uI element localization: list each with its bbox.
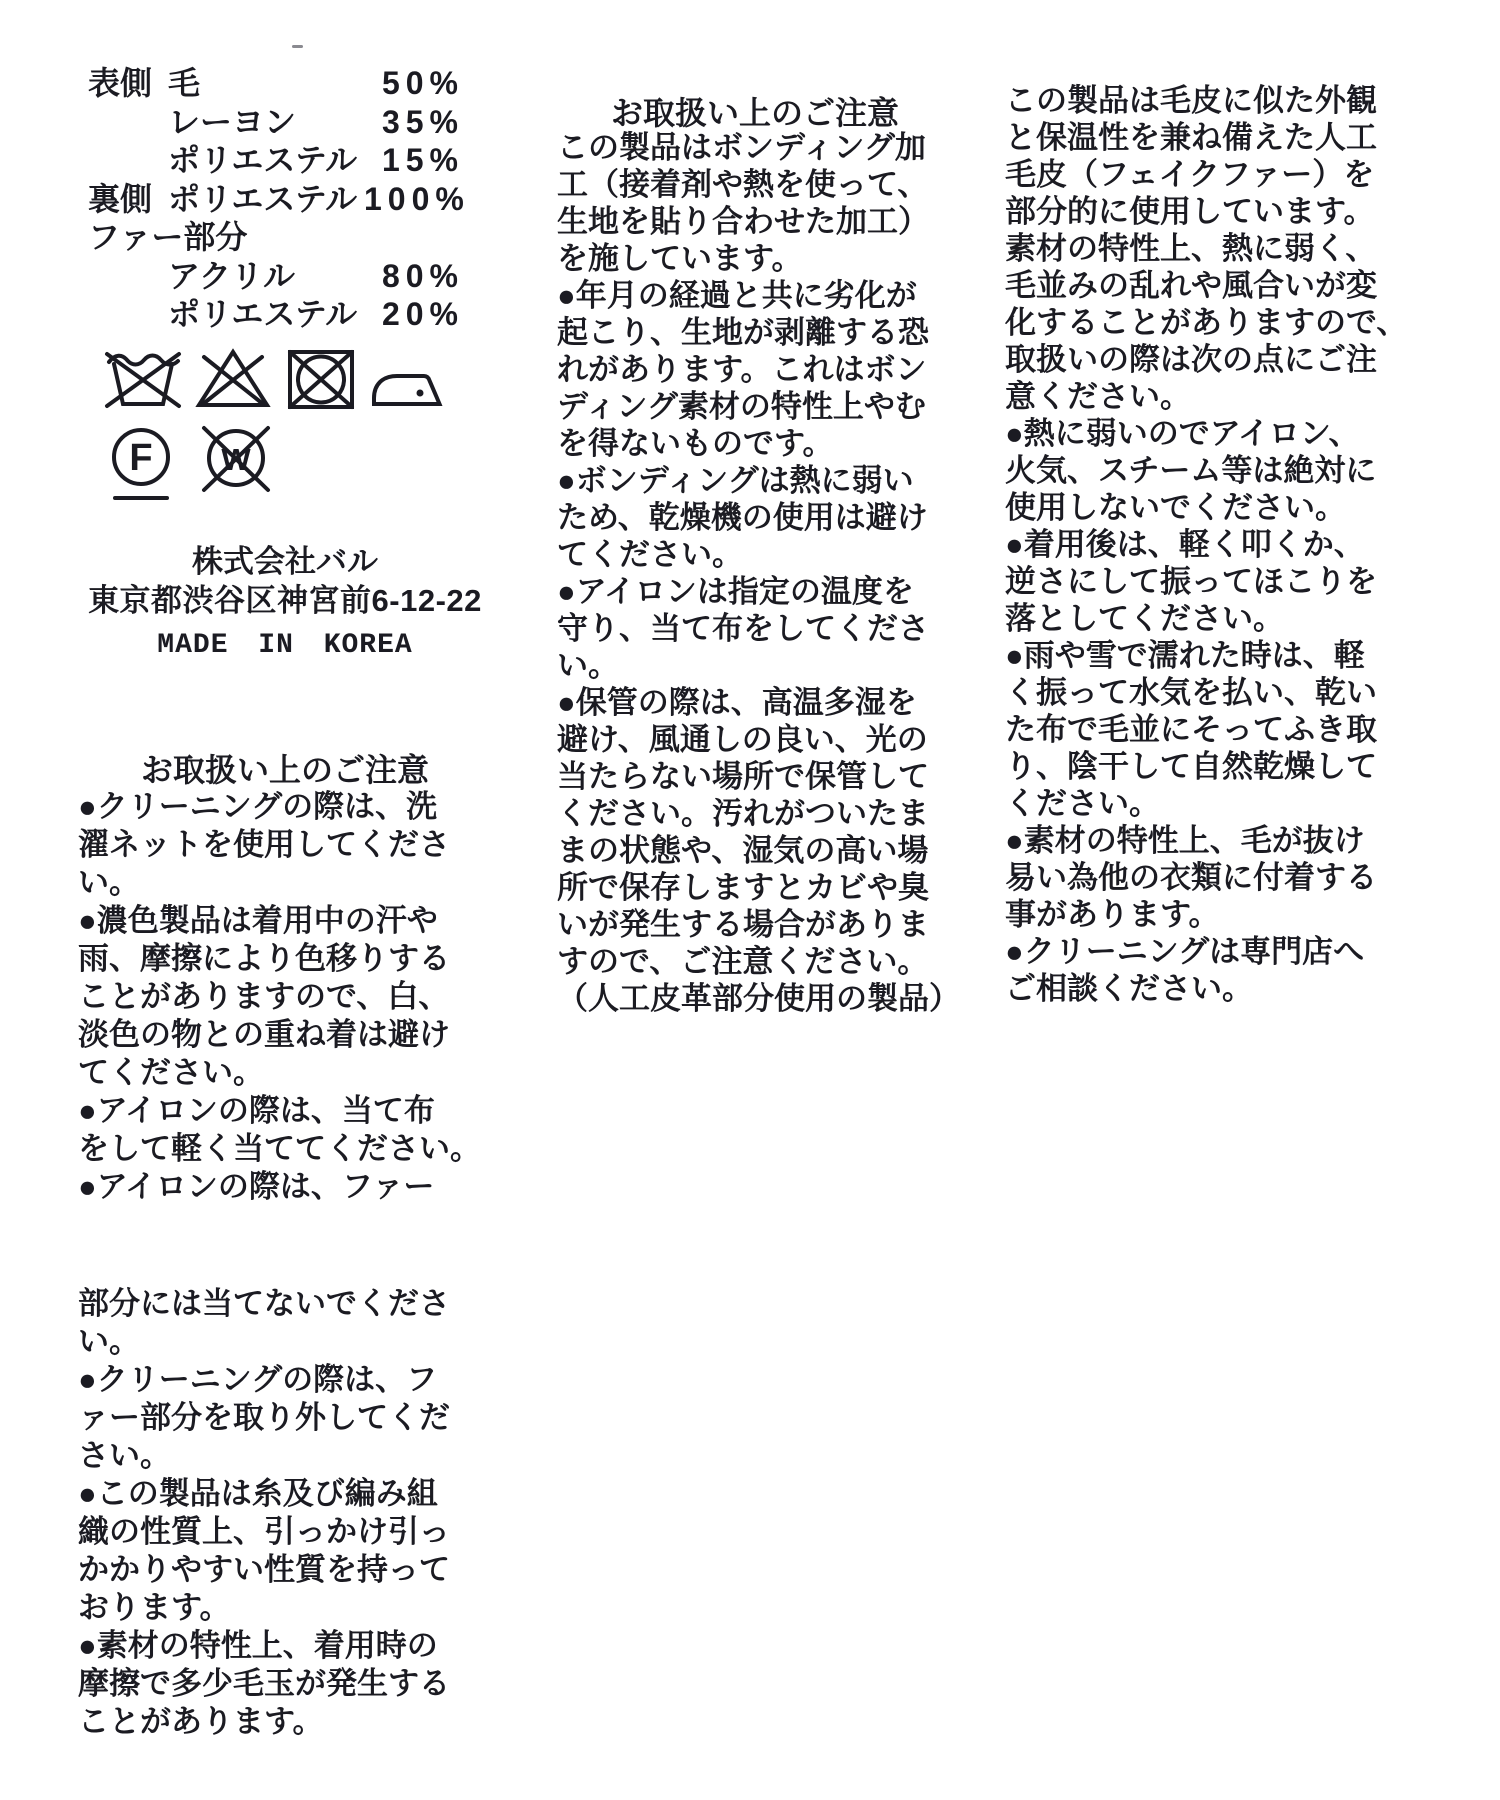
company-address: 東京都渋谷区神宮前6-12-22 [65,581,505,621]
composition-row: 表側 毛 50% [88,64,464,103]
composition-part: 表側 [88,64,168,103]
middle-care-notes-heading: お取扱い上のご注意 [557,88,953,134]
care-label-page: 表側 毛 50% レーヨン 35% ポリエステル 15% 裏側 ポリエステル 1… [0,0,1500,1800]
composition-percent: 15% [364,141,464,180]
left-care-notes-heading: お取扱い上のご注意 [85,745,485,791]
do-not-wet-clean-icon: W [194,424,278,496]
composition-part [88,141,168,180]
do-not-wash-icon [102,347,184,411]
composition-part: 裏側 [88,180,168,219]
composition-percent [364,218,464,257]
composition-row: 裏側 ポリエステル 100% [88,180,464,219]
right-care-notes-body: この製品は毛皮に似た外観 と保温性を兼ね備えた人工 毛皮（フェイクファー）を 部… [1005,82,1437,1007]
composition-percent: 35% [364,103,464,142]
composition-material: 毛 [168,64,364,103]
composition-material: アクリル [168,257,364,296]
composition-material [168,218,364,257]
company-block: 株式会社バル 東京都渋谷区神宮前6-12-22 MADE IN KOREA [65,543,505,661]
composition-percent: 50% [364,64,464,103]
composition-row: アクリル 80% [88,257,464,296]
composition-material: ポリエステル [168,141,364,180]
composition-part [88,295,168,334]
composition-percent: 80% [364,257,464,296]
country-of-origin: MADE IN KOREA [65,630,505,661]
composition-row: ファー部分 [88,218,464,257]
middle-care-notes-body: この製品はボンディング加 工（接着剤や熱を使って、 生地を貼り合わせた加工） を… [557,129,989,1017]
composition-row: ポリエステル 20% [88,295,464,334]
iron-low-heat-icon [368,347,452,411]
composition-material: ポリエステル [168,295,364,334]
composition-material: レーヨン [168,103,364,142]
left-care-notes-block-1: ●クリーニングの際は、洗 濯ネットを使用してくださ い。 ●濃色製品は着用中の汗… [78,788,510,1206]
composition-part: ファー部分 [88,218,168,257]
care-symbols-row-2: F W [106,424,278,506]
composition-material: ポリエステル [168,180,364,219]
do-not-bleach-icon [192,347,274,411]
care-symbols-row-1 [102,347,452,411]
composition-row: レーヨン 35% [88,103,464,142]
composition-percent: 100% [364,180,464,219]
scan-artifact-dash [292,45,303,48]
composition-percent: 20% [364,295,464,334]
composition-part [88,103,168,142]
company-name: 株式会社バル [65,543,505,581]
fabric-composition-table: 表側 毛 50% レーヨン 35% ポリエステル 15% 裏側 ポリエステル 1… [88,64,464,334]
svg-text:F: F [129,437,152,479]
composition-row: ポリエステル 15% [88,141,464,180]
left-care-notes-block-2: 部分には当てないでくださ い。 ●クリーニングの際は、フ ァー部分を取り外してく… [78,1285,510,1741]
composition-part [88,257,168,296]
dry-clean-petroleum-gentle-icon: F [106,424,176,506]
do-not-tumble-dry-icon [282,347,360,411]
